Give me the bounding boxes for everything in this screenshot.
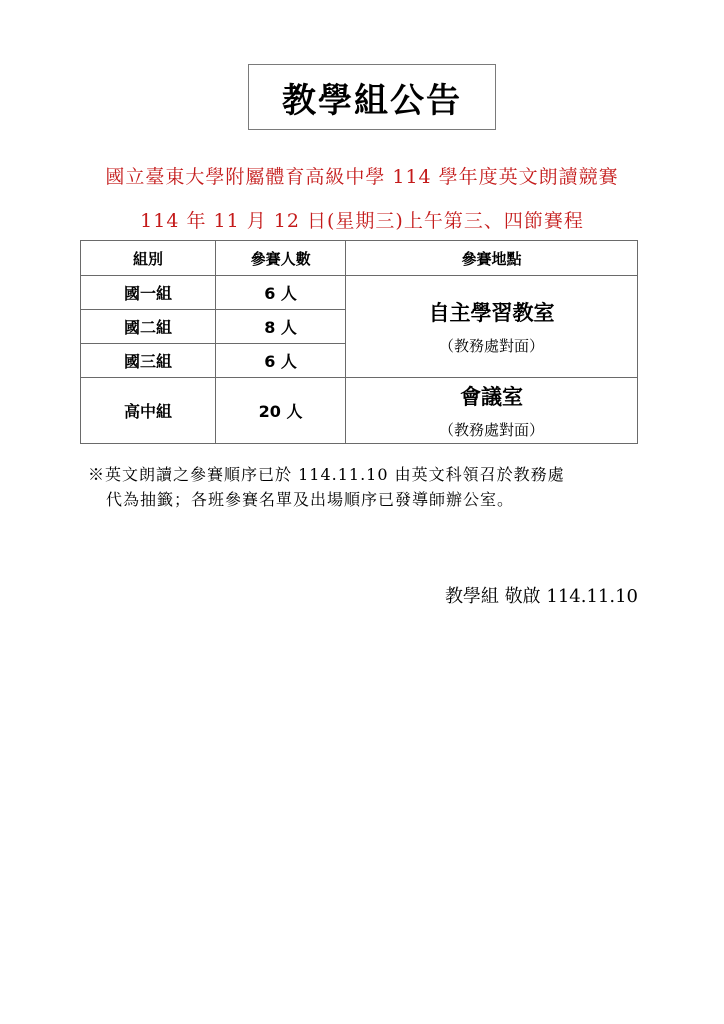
location-note: （教務處對面） bbox=[346, 419, 637, 440]
location-cell: 自主學習教室 （教務處對面） bbox=[346, 276, 638, 378]
announcement-title: 教學組公告 bbox=[248, 64, 496, 130]
count-cell: 8 人 bbox=[216, 310, 346, 344]
group-cell: 國二組 bbox=[81, 310, 216, 344]
location-cell: 會議室 （教務處對面） bbox=[346, 378, 638, 444]
table-row: 國一組 6 人 自主學習教室 （教務處對面） bbox=[81, 276, 638, 310]
header-count: 參賽人數 bbox=[216, 241, 346, 276]
group-cell: 國三組 bbox=[81, 344, 216, 378]
location-note: （教務處對面） bbox=[346, 335, 637, 356]
location-name: 自主學習教室 bbox=[346, 297, 637, 327]
count-cell: 6 人 bbox=[216, 344, 346, 378]
footnote-line-2: 代為抽籤；各班參賽名單及出場順序已發導師辦公室。 bbox=[88, 487, 648, 512]
count-cell: 20 人 bbox=[216, 378, 346, 444]
table-header-row: 組別 參賽人數 參賽地點 bbox=[81, 241, 638, 276]
location-name: 會議室 bbox=[346, 381, 637, 411]
count-cell: 6 人 bbox=[216, 276, 346, 310]
group-cell: 國一組 bbox=[81, 276, 216, 310]
footnote-line-1: ※英文朗讀之參賽順序已於 114.11.10 由英文科領召於教務處 bbox=[88, 465, 565, 484]
event-title: 國立臺東大學附屬體育高級中學 114 學年度英文朗讀競賽 bbox=[0, 162, 724, 189]
group-cell: 高中組 bbox=[81, 378, 216, 444]
event-date: 114 年 11 月 12 日(星期三)上午第三、四節賽程 bbox=[0, 206, 724, 233]
title-text: 教學組公告 bbox=[282, 73, 462, 122]
header-group: 組別 bbox=[81, 241, 216, 276]
signature: 教學組 敬啟 114.11.10 bbox=[445, 582, 638, 608]
header-location: 參賽地點 bbox=[346, 241, 638, 276]
schedule-table: 組別 參賽人數 參賽地點 國一組 6 人 自主學習教室 （教務處對面） 國二組 … bbox=[80, 240, 638, 444]
footnote: ※英文朗讀之參賽順序已於 114.11.10 由英文科領召於教務處 代為抽籤；各… bbox=[88, 462, 648, 512]
table-row: 高中組 20 人 會議室 （教務處對面） bbox=[81, 378, 638, 444]
